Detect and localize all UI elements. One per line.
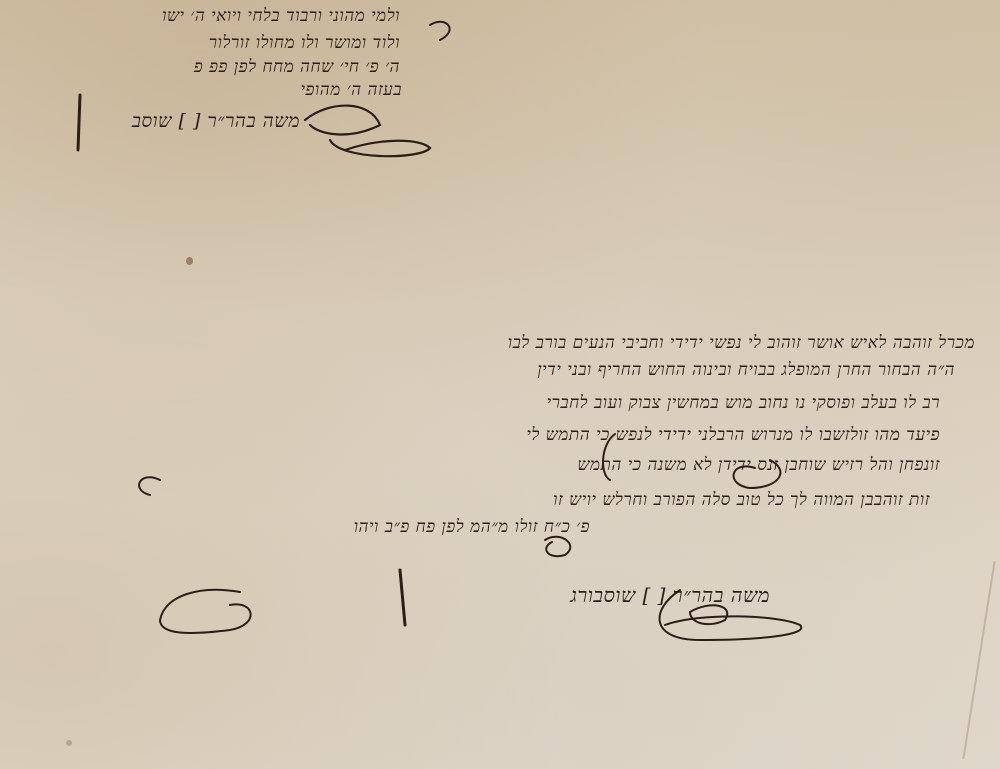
main-signature-flourish [0, 0, 1000, 769]
letter-page: ולמי מהוני ורבוד בלחי ויואי ה׳ ישו ולוד … [0, 0, 1000, 769]
